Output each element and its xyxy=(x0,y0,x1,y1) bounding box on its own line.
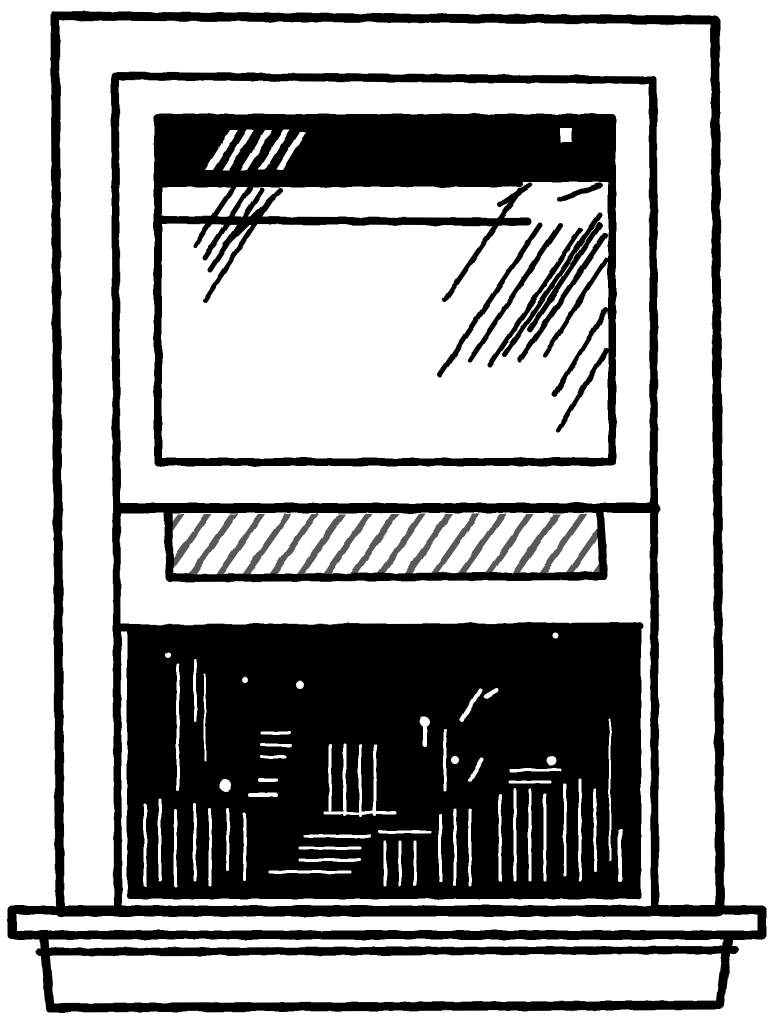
lower-pane xyxy=(130,628,638,896)
apron xyxy=(40,940,735,1008)
gap-pane xyxy=(168,510,604,578)
sill xyxy=(12,910,762,935)
window-illustration xyxy=(0,0,772,1024)
